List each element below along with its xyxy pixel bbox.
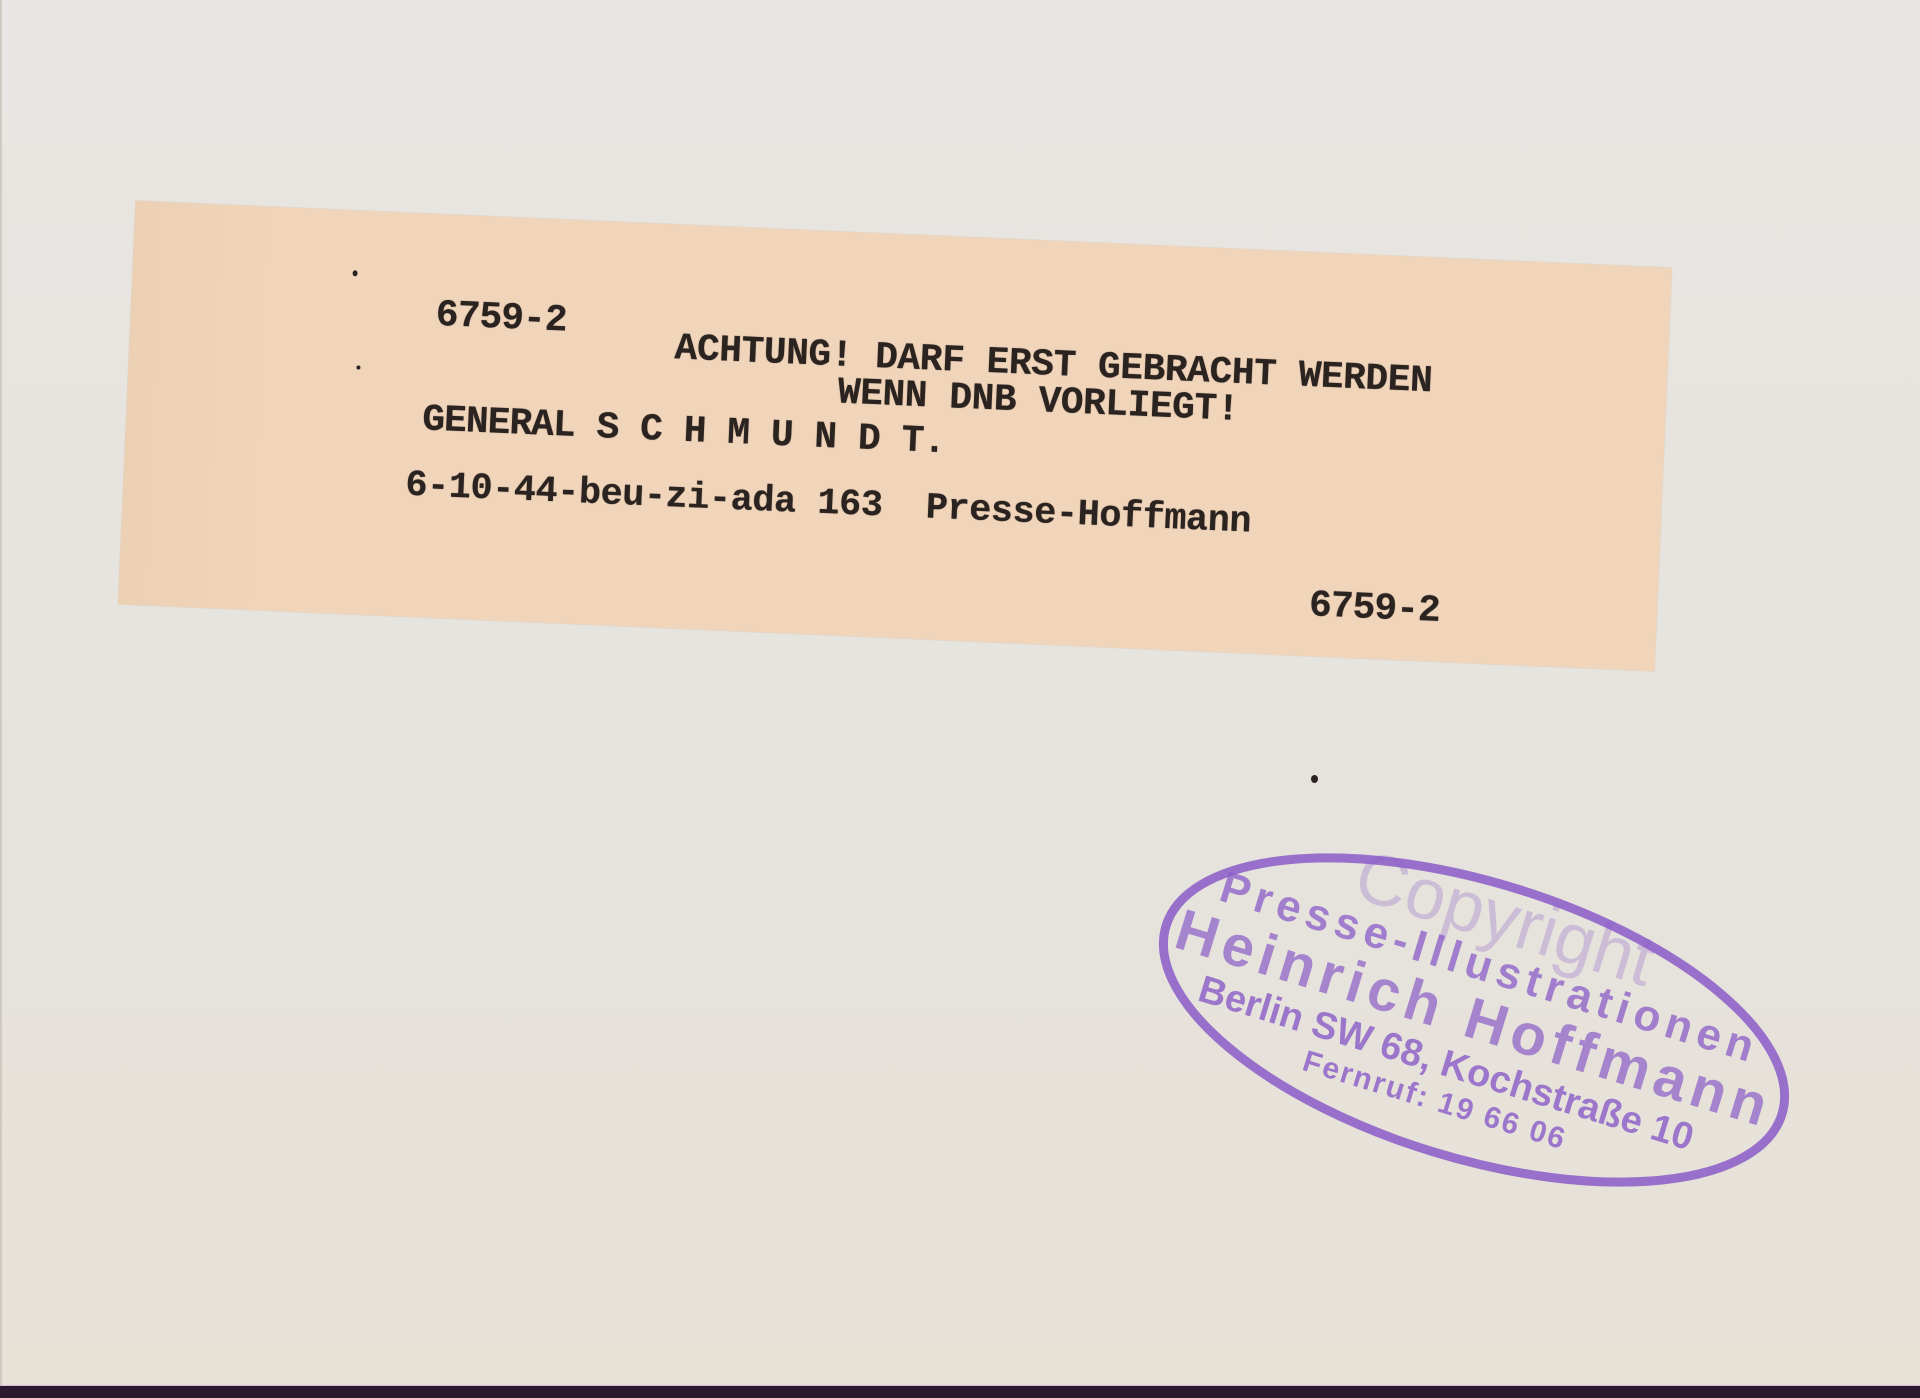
ink-speck xyxy=(352,270,357,276)
typed-caption-label: 6759-2 ACHTUNG! DARF ERST GEBRACHT WERDE… xyxy=(118,201,1672,672)
caption-dateline: 6-10-44-beu-zi-ada 163 Presse-Hoffmann xyxy=(404,465,1251,544)
scan-bottom-edge xyxy=(0,1385,1920,1398)
copyright-stamp: Copyright Presse-Illustrationen Heinrich… xyxy=(1120,820,1840,1240)
reference-number-top: 6759-2 xyxy=(435,294,568,343)
reference-number-bottom: 6759-2 xyxy=(1308,584,1441,633)
ink-speck xyxy=(1311,775,1318,783)
ink-speck xyxy=(356,365,360,369)
stamp-graphic: Copyright Presse-Illustrationen Heinrich… xyxy=(1120,820,1840,1240)
paper-left-edge xyxy=(0,0,2,1386)
